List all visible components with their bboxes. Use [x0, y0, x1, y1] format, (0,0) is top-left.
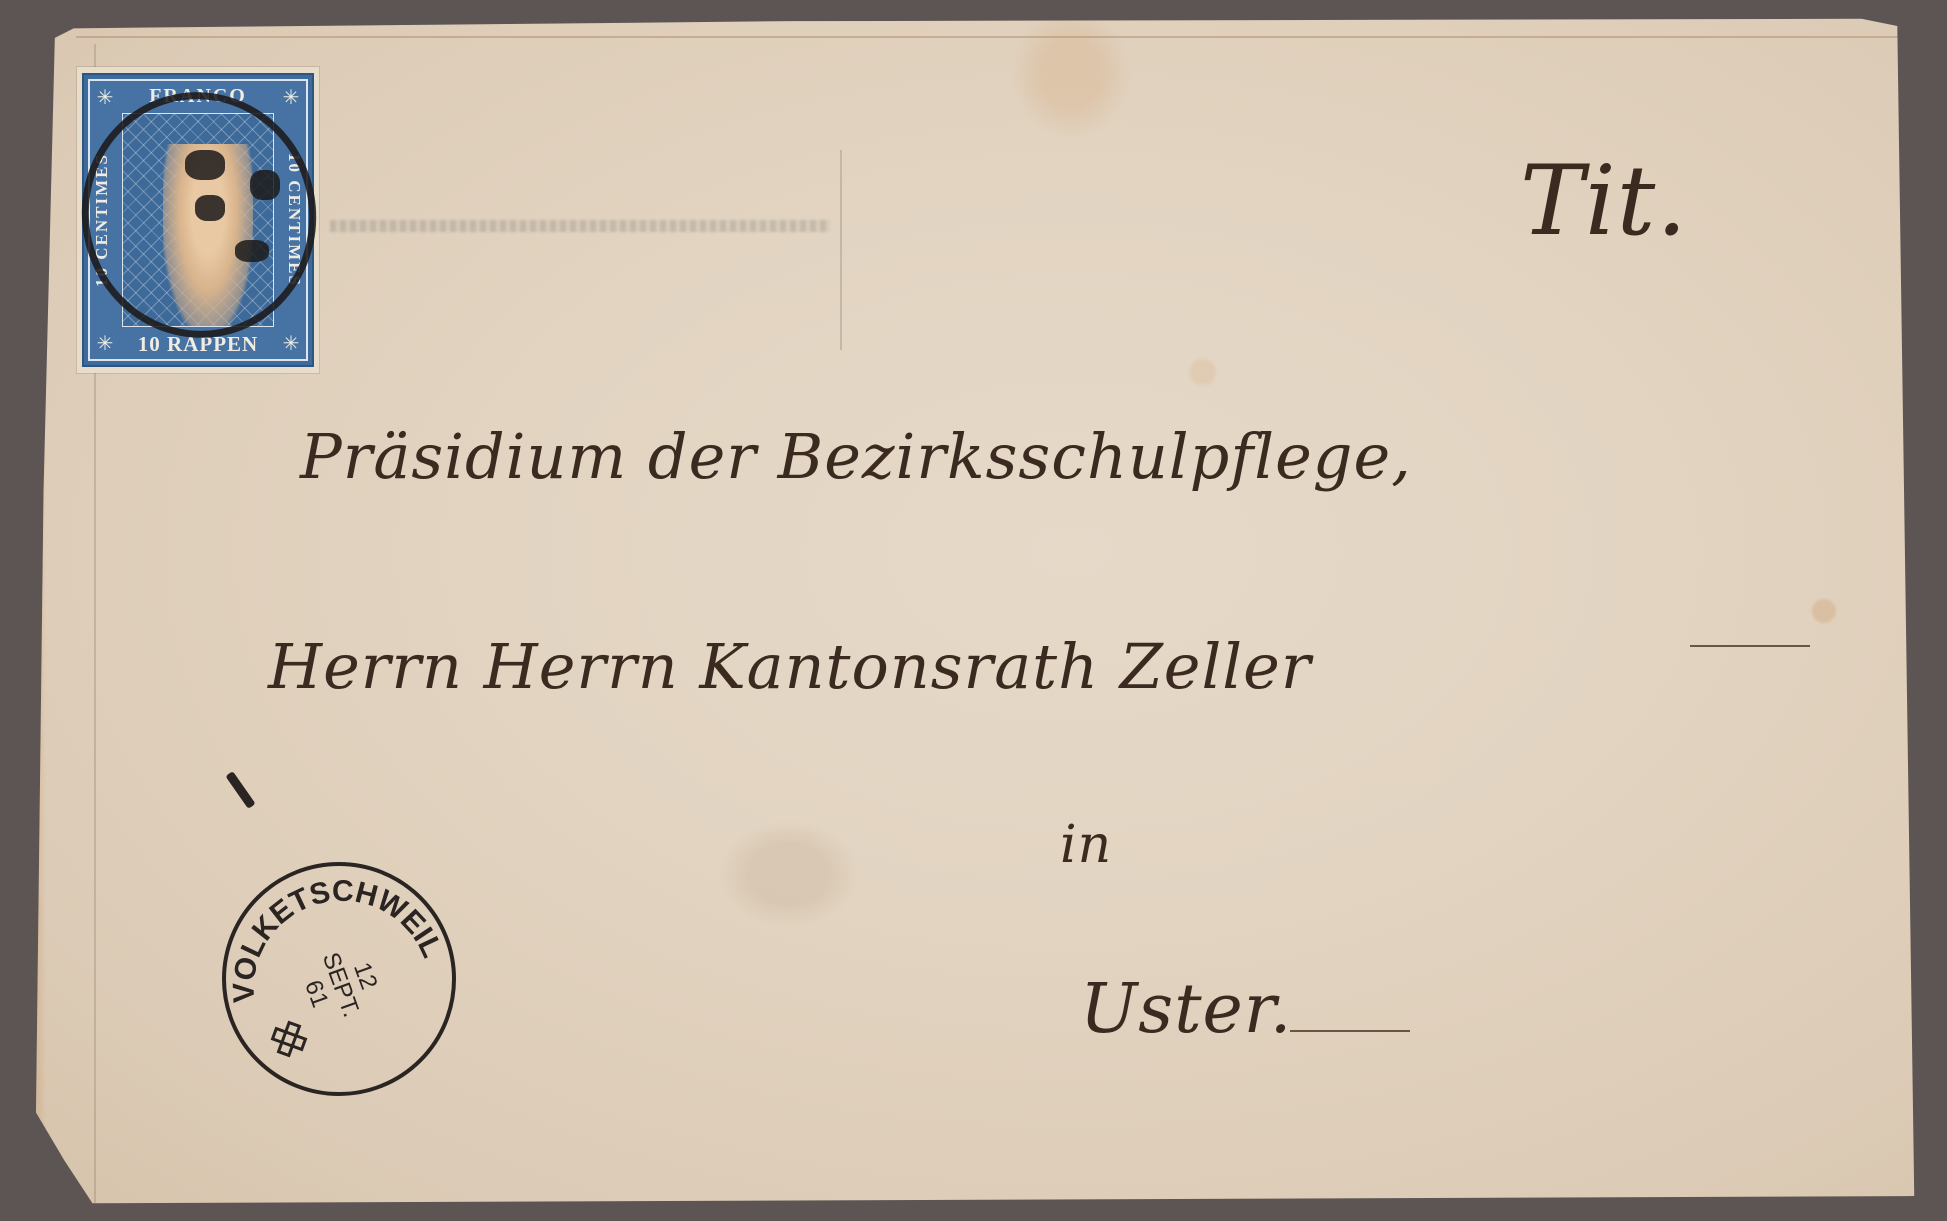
flourish-line [1690, 645, 1810, 647]
pencil-line [840, 150, 842, 350]
pencil-smudge [330, 220, 830, 232]
star-icon: ✳ [92, 331, 118, 357]
address-line-2: Herrn Herrn Kantonsrath Zeller [268, 630, 1311, 703]
address-line-3: in [1060, 815, 1112, 875]
flourish-line [1290, 1030, 1410, 1032]
cancellation-ink [235, 240, 269, 262]
salutation: Tit. [1520, 145, 1688, 257]
address-line-4: Uster. [1080, 970, 1292, 1049]
cancellation-ink [185, 150, 225, 180]
star-icon: ✳ [278, 85, 304, 111]
circular-postmark: VOLKETSCHWEIL 12 SEPT. 61 [222, 862, 456, 1096]
cancellation-ink [250, 170, 280, 200]
star-icon: ✳ [278, 331, 304, 357]
fold-line-top [76, 36, 1926, 38]
address-line-1: Präsidium der Bezirksschulpflege, [300, 420, 1412, 493]
star-icon: ✳ [92, 85, 118, 111]
cancellation-ink [195, 195, 225, 221]
